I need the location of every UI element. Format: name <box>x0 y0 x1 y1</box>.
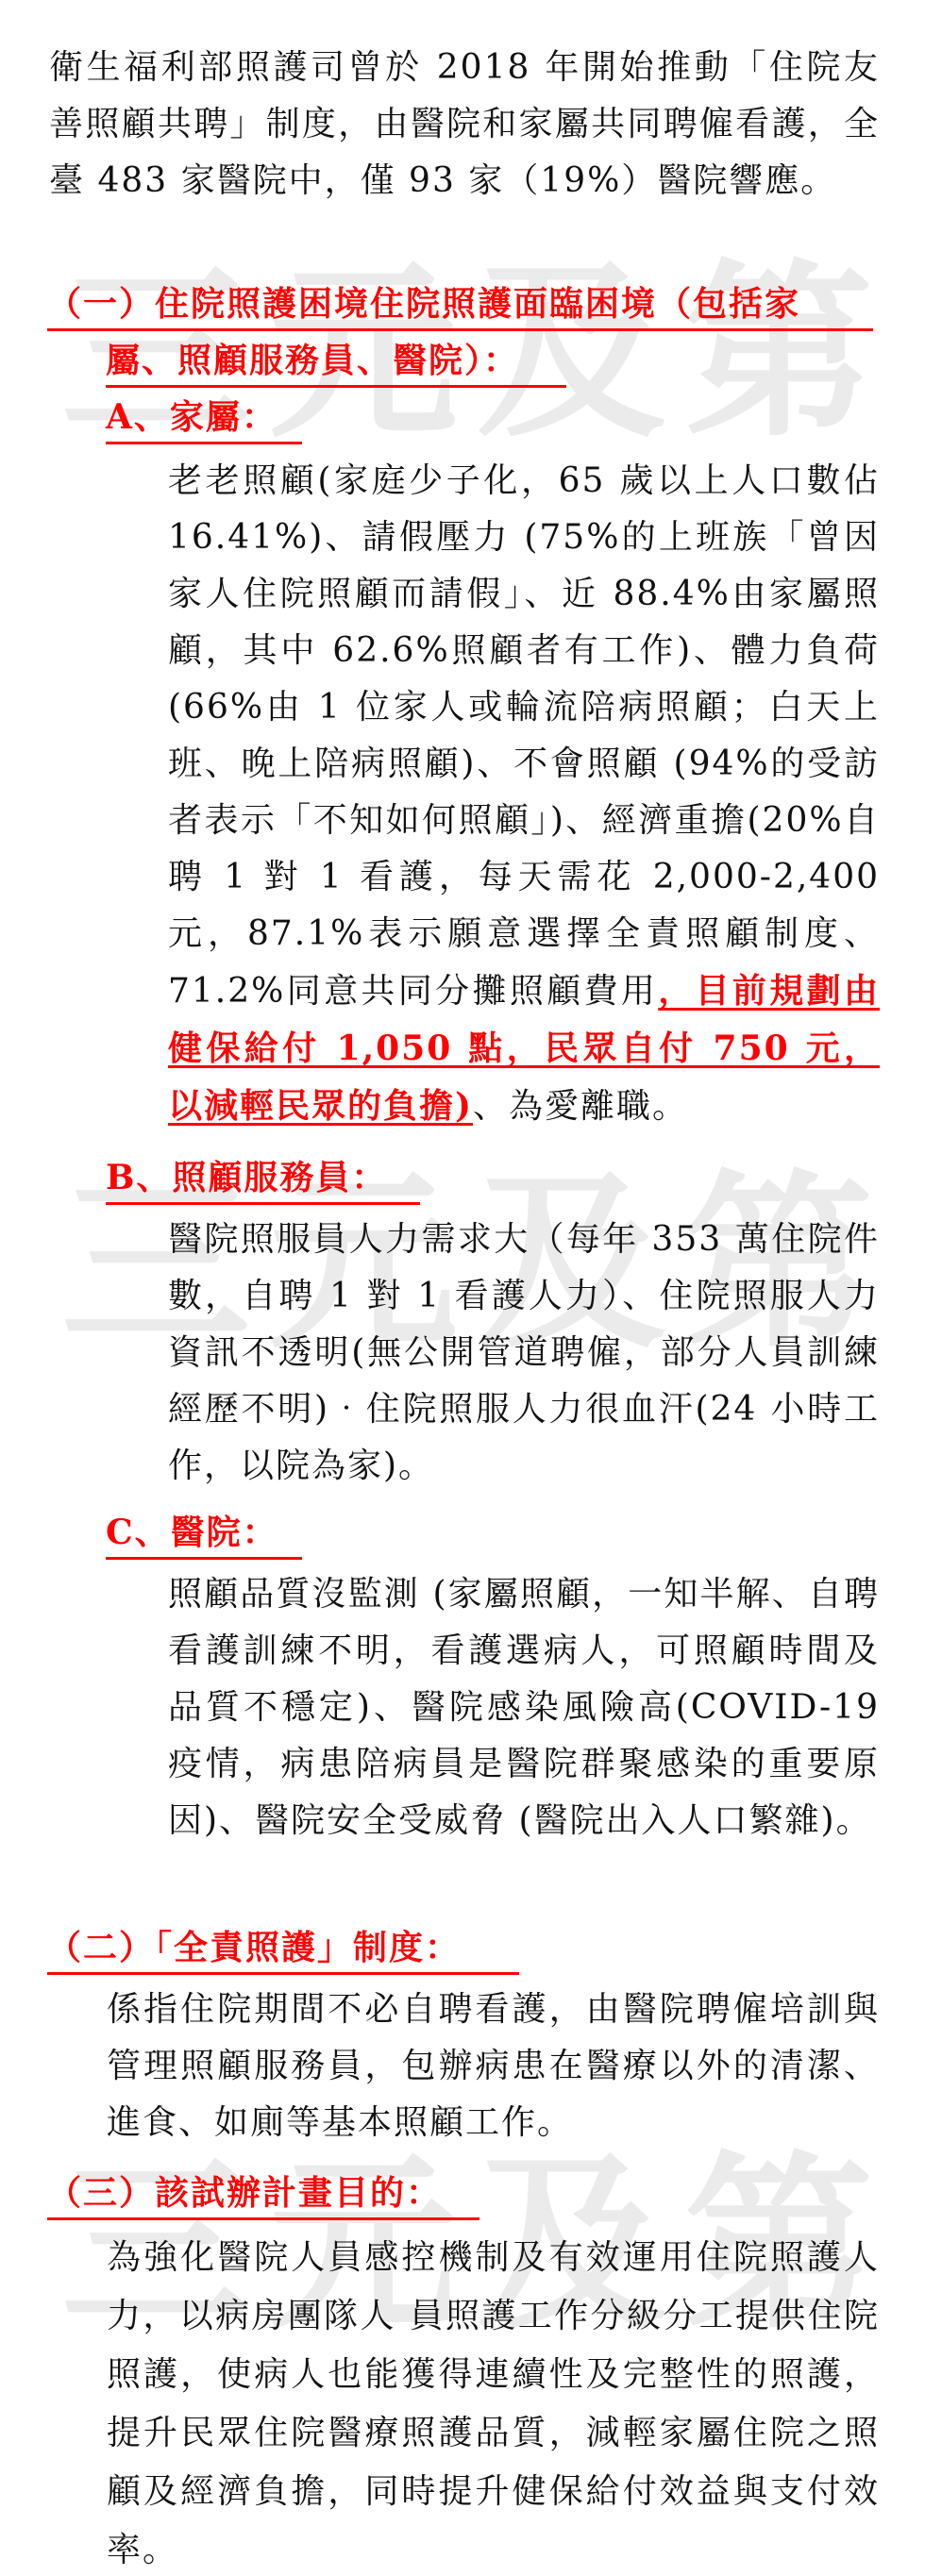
subsection-a-heading: A、家屬： <box>106 394 302 444</box>
subsection-c-title: C、醫院： <box>106 1510 302 1560</box>
section-1-heading: （一）住院照護困境住院照護面臨困境（包括家 <box>47 281 873 331</box>
subsection-b-title: B、照顧服務員： <box>106 1155 420 1205</box>
subsection-b-heading: B、照顧服務員： <box>106 1155 420 1205</box>
section-2-title: （二）「全責照護」制度： <box>47 1925 519 1975</box>
subsection-a-body: 老老照顧(家庭少子化，65 歲以上人口數佔 16.41%)、請假壓力 (75%的… <box>168 453 880 1135</box>
section-2-body: 係指住院期間不必自聘看護，由醫院聘僱培訓與管理照顧服務員，包辦病患在醫療以外的清… <box>107 1982 880 2151</box>
section-3-body: 為強化醫院人員感控機制及有效運用住院照護人力，以病房團隊人 員照護工作分級分工提… <box>107 2229 880 2576</box>
section-1-heading-cont: 屬、照顧服務員、醫院）： <box>106 338 566 388</box>
subsection-c-body: 照顧品質沒監測 (家屬照顧，一知半解、自聘看護訓練不明，看護選病人，可照顧時間及… <box>168 1566 880 1849</box>
subsection-a-title: A、家屬： <box>106 394 302 444</box>
family-issues-text: 老老照顧(家庭少子化，65 歲以上人口數佔 16.41%)、請假壓力 (75%的… <box>168 461 880 1011</box>
intro-paragraph: 衛生福利部照護司曾於 2018 年開始推動「住院友善照顧共聘」制度，由醫院和家屬… <box>49 40 880 209</box>
section-3-title: （三）該試辦計畫目的： <box>47 2170 479 2220</box>
family-issues-tail: 、為愛離職。 <box>473 1087 688 1126</box>
subsection-c-heading: C、醫院： <box>106 1510 302 1560</box>
section-2-heading: （二）「全責照護」制度： <box>47 1925 519 1975</box>
section-1-heading-line2: 屬、照顧服務員、醫院）： <box>106 338 566 388</box>
subsection-b-body: 醫院照服員人力需求大（每年 353 萬住院件數，自聘 1 對 1 看護人力）、住… <box>168 1212 880 1495</box>
section-3-heading: （三）該試辦計畫目的： <box>47 2170 479 2220</box>
section-1-heading-line1: （一）住院照護困境住院照護面臨困境（包括家 <box>47 281 873 331</box>
